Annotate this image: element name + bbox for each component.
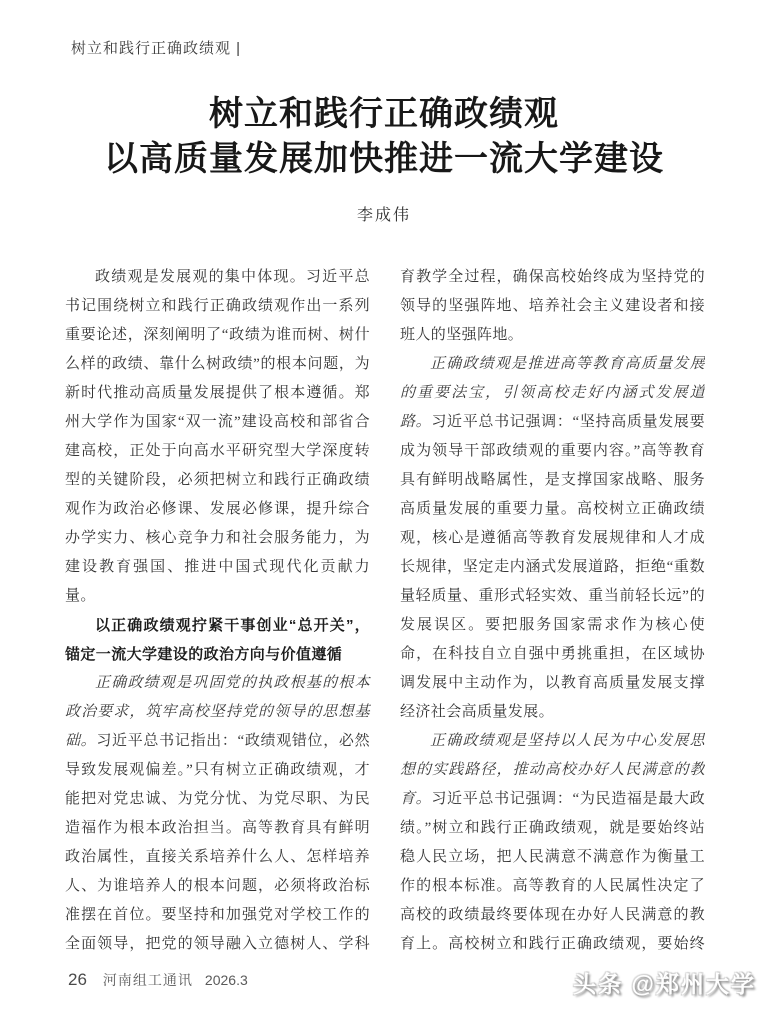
issue-number: 2026.3 (205, 972, 248, 988)
section-label: 树立和践行正确政绩观 | (71, 37, 241, 58)
document-page: 树立和践行正确政绩观 | 树立和践行正确政绩观 以高质量发展加快推进一流大学建设… (0, 0, 768, 1017)
left-column: 政绩观是发展观的集中体现。习近平总书记围绕树立和践行正确政绩观作出一系列重要论述… (65, 263, 370, 963)
page-footer: 26 河南组工通讯 2026.3 (68, 970, 248, 990)
journal-name: 河南组工通讯 (103, 970, 193, 990)
paragraph-intro: 政绩观是发展观的集中体现。习近平总书记围绕树立和践行正确政绩观作出一系列重要论述… (65, 263, 370, 611)
paragraph-text: 政绩观是发展观的集中体现。习近平总书记围绕树立和践行正确政绩观作出一系列重要论述… (65, 269, 370, 604)
article-title: 树立和践行正确政绩观 以高质量发展加快推进一流大学建设 (0, 92, 768, 182)
section-heading-text: 以正确政绩观拧紧干事创业“总开关”，锚定一流大学建设的政治方向与价值遵循 (65, 617, 370, 663)
paragraph-text: 习近平总书记指出：“政绩观错位，必然导致发展观偏差。”只有树立正确政绩观，才能把… (65, 733, 370, 963)
article-body: 政绩观是发展观的集中体现。习近平总书记围绕树立和践行正确政绩观作出一系列重要论述… (65, 263, 705, 963)
paragraph-text: 习近平总书记强调：“为民造福是最大政绩。”树立和践行正确政绩观，就是要始终站稳人… (400, 791, 705, 963)
paragraph-continuation: 育教学全过程，确保高校始终成为坚持党的领导的坚强阵地、培养社会主义建设者和接班人… (400, 263, 705, 350)
paragraph-quality-development: 正确政绩观是推进高等教育高质量发展的重要法宝，引领高校走好内涵式发展道路。习近平… (400, 350, 705, 727)
paragraph-people-centered: 正确政绩观是坚持以人民为中心发展思想的实践路径，推动高校办好人民满意的教育。习近… (400, 727, 705, 963)
author-name: 李成伟 (0, 202, 768, 225)
article-title-line-2: 以高质量发展加快推进一流大学建设 (0, 137, 768, 182)
right-column: 育教学全过程，确保高校始终成为坚持党的领导的坚强阵地、培养社会主义建设者和接班人… (400, 263, 705, 963)
paragraph-political-direction: 正确政绩观是巩固党的执政根基的根本政治要求，筑牢高校坚持党的领导的思想基础。习近… (65, 669, 370, 963)
article-title-line-1: 树立和践行正确政绩观 (0, 92, 768, 137)
paragraph-text: 育教学全过程，确保高校始终成为坚持党的领导的坚强阵地、培养社会主义建设者和接班人… (400, 269, 705, 343)
page-number: 26 (68, 970, 87, 990)
section-heading: 以正确政绩观拧紧干事创业“总开关”，锚定一流大学建设的政治方向与价值遵循 (65, 611, 370, 669)
paragraph-text: 习近平总书记强调：“坚持高质量发展要成为领导干部政绩观的重要内容。”高等教育具有… (400, 414, 705, 720)
toutiao-watermark: 头条 @郑州大学 (573, 966, 756, 999)
